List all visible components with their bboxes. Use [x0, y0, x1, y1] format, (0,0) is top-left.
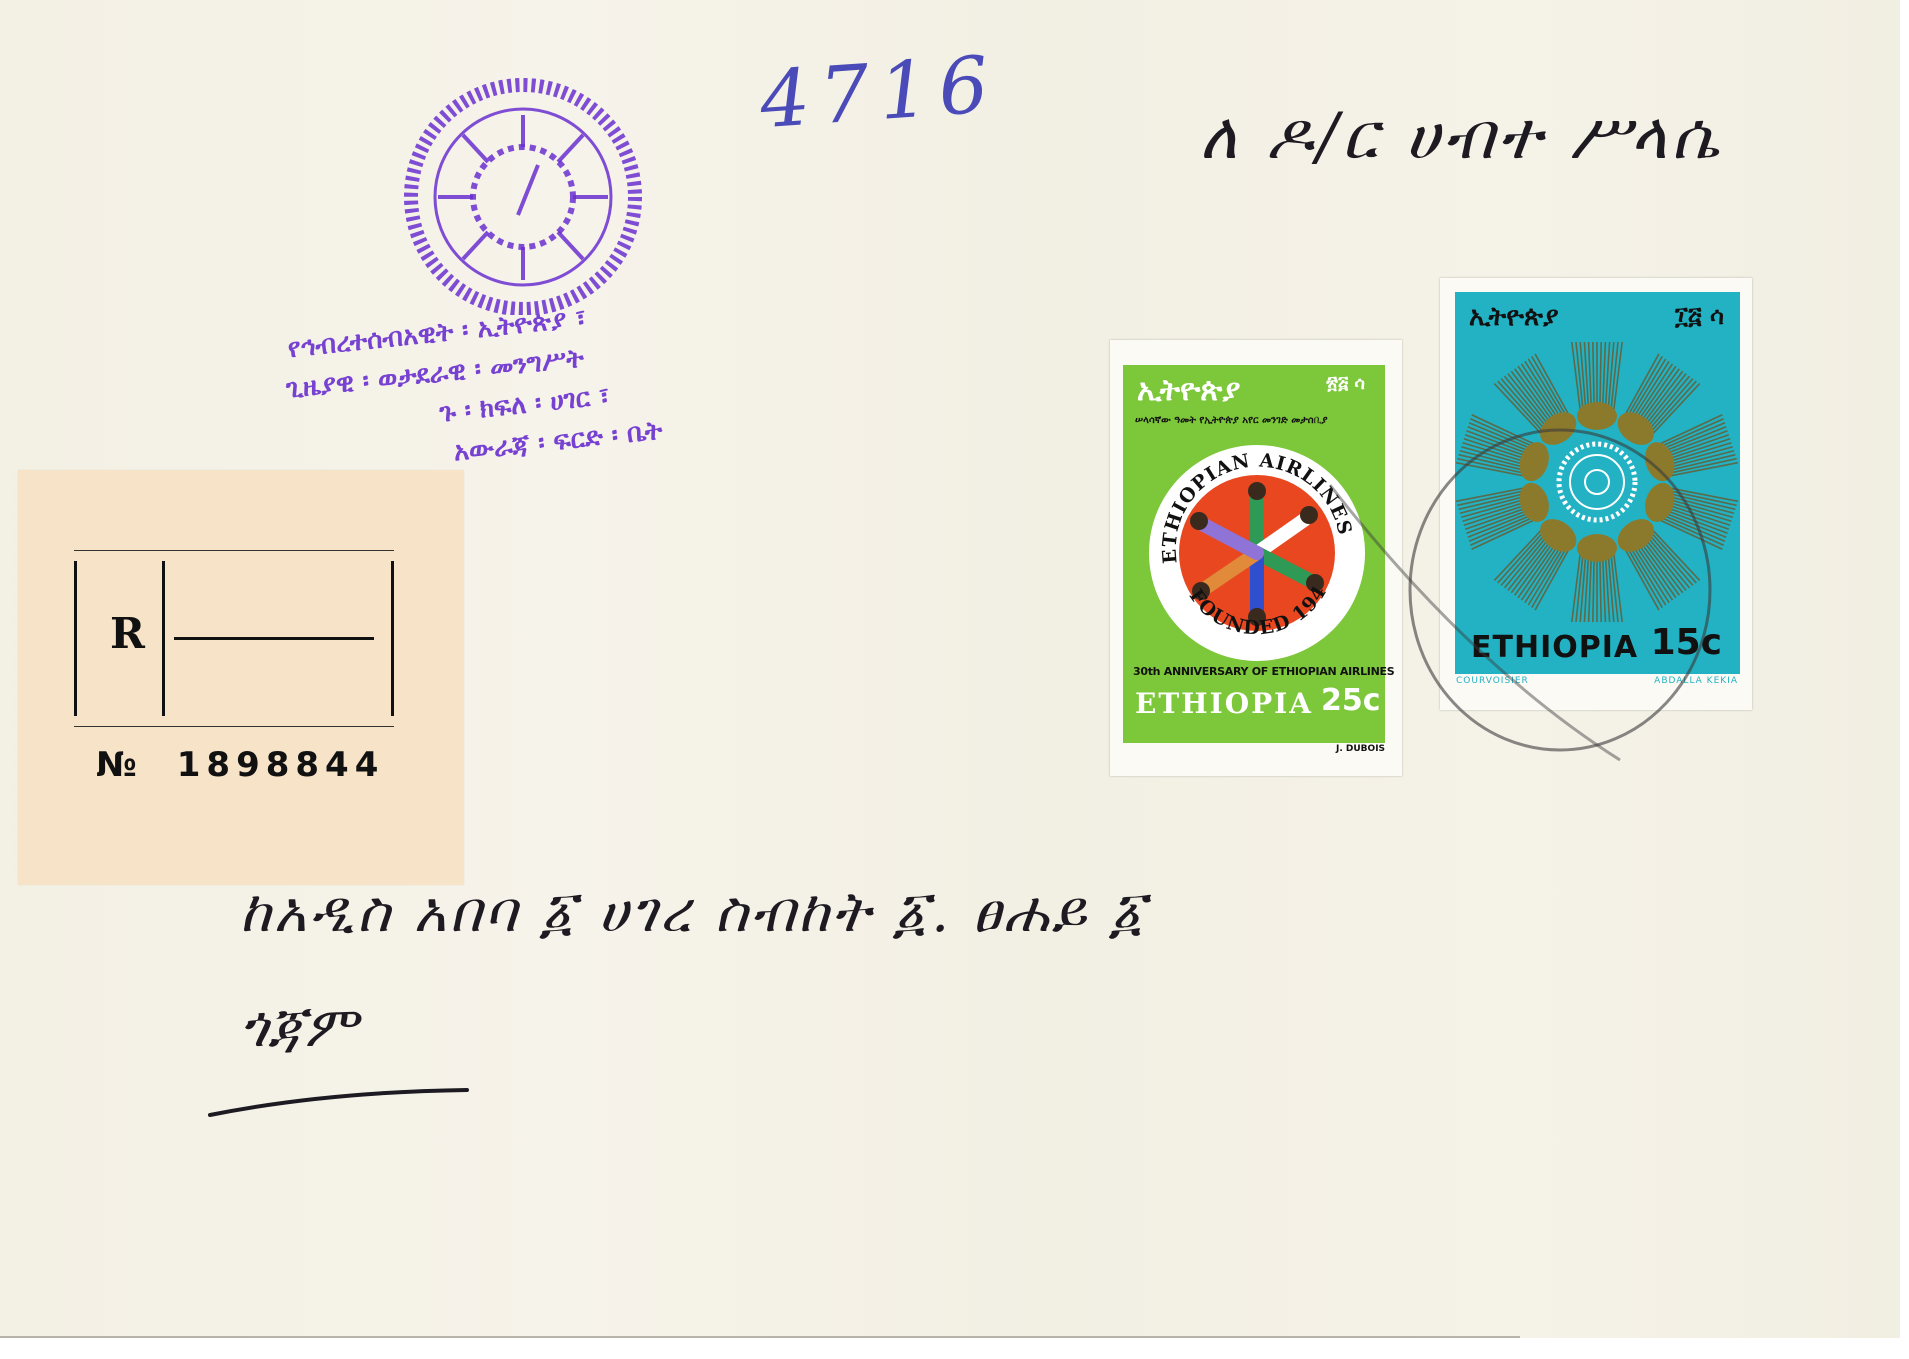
registration-letter: R [110, 609, 145, 658]
official-seal-icon [398, 75, 648, 315]
address-line-1: ከአዲስ አበባ ፩ ሀገረ ስብከት ፩. ፀሐይ ፩ [240, 880, 1147, 946]
registration-box: R [74, 550, 394, 727]
divider [74, 561, 77, 716]
stamp-amharic-title: ኢትዮጵያ [1137, 373, 1240, 408]
underline-stroke [205, 1080, 475, 1120]
registration-number: № 1898844 [96, 745, 384, 785]
divider [162, 561, 165, 716]
divider [391, 561, 394, 716]
envelope-bottom-edge [0, 1336, 1520, 1338]
stamp-country: ETHIOPIA [1135, 687, 1313, 720]
registration-label: R № 1898844 [18, 470, 464, 885]
stamp-amharic-value: ፲፭ ሳ [1675, 302, 1724, 330]
stamp-amharic-title: ኢትዮጵያ [1469, 302, 1559, 333]
stamp-amharic-value: ፳፭ ሳ [1326, 373, 1365, 394]
label-perforation [12, 470, 22, 885]
number-value: 1898844 [177, 745, 385, 785]
reference-number: 4716 [757, 40, 1001, 146]
address-line-2: ጎጃም [240, 995, 357, 1061]
addressee-handwriting: ለ ዶ/ር ሀብተ ሥላሴ [1200, 100, 1723, 174]
number-prefix: № [96, 745, 143, 785]
postmark-cancellation-icon [1290, 405, 1790, 765]
registration-office-line [174, 637, 374, 640]
